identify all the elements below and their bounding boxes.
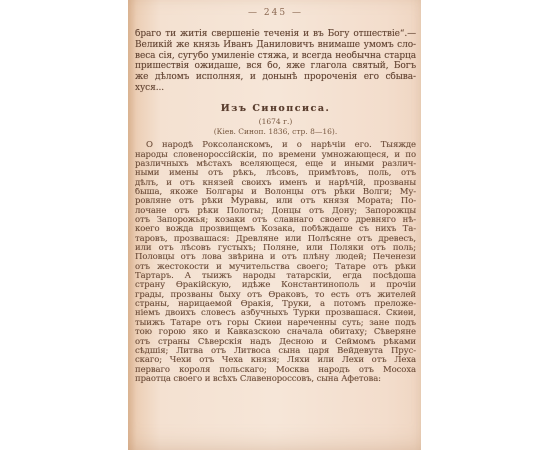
- text-line: Половцы отъ лова звѣрина и отъ плѣну люд…: [135, 253, 416, 262]
- text-line: О народѣ Роксоланскомъ, и о нарѣчіи его.…: [135, 141, 416, 150]
- text-line: тыижъ Татаре отъ горы Скиѳи нареченны су…: [135, 319, 416, 328]
- text-line: различныхъ мѣстахъ вселяющеся, еще и ины…: [135, 160, 416, 169]
- text-line: отъ страны Сѣверскія надъ Десною и Сеймо…: [135, 338, 416, 347]
- text-line: пришествія ожидаше, вся бо, яже глагола …: [135, 61, 416, 72]
- page-content: — 245 — браго ти житія свершеніе теченія…: [135, 0, 416, 450]
- text-line: страны, нарицаемой Ѳракія, Труки, а пото…: [135, 300, 416, 309]
- section-heading: Изъ Синопсиса.: [135, 103, 416, 114]
- text-line: сѣдшія; Литва отъ Литвоса сына царя Вейд…: [135, 347, 416, 356]
- text-line: таровъ, прозвашася: Древляне или Полѣсян…: [135, 235, 416, 244]
- text-line: хуся...: [135, 83, 416, 94]
- text-line: праотца своего и всѣхъ Славенороссовъ, с…: [135, 375, 416, 384]
- book-page: — 245 — браго ти житія свершеніе теченія…: [128, 0, 421, 450]
- text-line: отъ Запорожья; козаки отъ славнаго своег…: [135, 216, 416, 225]
- text-line: народы словенороссійскіи, по времени умн…: [135, 151, 416, 160]
- scan-background: — 245 — браго ти житія свершеніе теченія…: [0, 0, 550, 450]
- text-line: грады, прозваны быху отъ Ѳраковъ, то ест…: [135, 291, 416, 300]
- text-line: скаго; Чехи отъ Чеха князя; Ляхи или Лех…: [135, 356, 416, 365]
- text-line: лочане отъ рѣки Полоты; Донцы отъ Дону; …: [135, 207, 416, 216]
- section-source-citation: (Кіев. Синоп. 1836, стр. 8—16).: [135, 127, 416, 136]
- text-line: Великій же князь Иванъ Даниловичъ внимаш…: [135, 40, 416, 51]
- text-line: перваго короля польскаго; Москва народъ …: [135, 366, 416, 375]
- text-line: веса сія, сугубо умиленіе стяжа, и всегд…: [135, 51, 416, 62]
- text-line: страну Ѳракійскую, идѣже Константинополь…: [135, 281, 416, 290]
- text-line: ніемъ двоихъ словесъ азбучныхъ Турки про…: [135, 309, 416, 318]
- paragraph-synopsis-text: О народѣ Роксоланскомъ, и о нарѣчіи его.…: [135, 141, 416, 384]
- text-line: коего вожда прозвищемъ Козака, побѣждаше…: [135, 225, 416, 234]
- text-line: ровляне отъ рѣки Муравы, или отъ князя М…: [135, 197, 416, 206]
- page-number: — 245 —: [135, 8, 416, 18]
- text-line: ными имены отъ рѣкъ, лѣсовъ, примѣтовъ, …: [135, 169, 416, 178]
- text-line: быша, якоже Болгары и Волонцы отъ рѣки В…: [135, 188, 416, 197]
- section-date: (1674 г.): [135, 117, 416, 126]
- paragraph-continuation: браго ти житія свершеніе теченія и въ Бо…: [135, 29, 416, 94]
- text-line: или отъ лѣсовъ густыхъ; Поляне, или Поля…: [135, 244, 416, 253]
- text-line: тою горою яко и Кавказскою сначала обита…: [135, 328, 416, 337]
- text-line: браго ти житія свершеніе теченія и въ Бо…: [135, 29, 416, 40]
- text-line: отъ жестокости и мучительства своего; Та…: [135, 263, 416, 272]
- text-line: Тартаръ. А тыижъ народы татарскіи, егда …: [135, 272, 416, 281]
- text-line: дѣлъ, и отъ князей своихъ именъ и нарѣчі…: [135, 179, 416, 188]
- text-line: же дѣломъ исполняя, и донынѣ пророченія …: [135, 72, 416, 83]
